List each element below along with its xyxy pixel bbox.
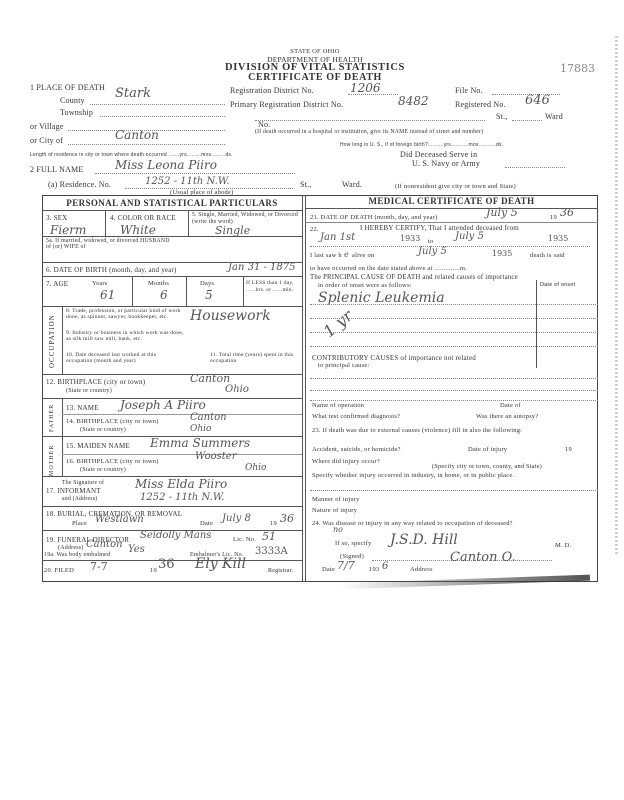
occurred-text: to have occurred on the date stated abov…	[310, 265, 467, 272]
mother-bp-state: Ohio	[245, 463, 266, 473]
burial-place: Westlawn	[95, 514, 144, 525]
num-22: 22.	[310, 226, 319, 233]
father-bp-label: 14. BIRTHPLACE (city or town)	[66, 418, 159, 425]
burial-place-label: Place	[72, 520, 87, 527]
county-value: Stark	[115, 86, 151, 101]
sign-year: 6	[382, 561, 388, 572]
race-label: 4. COLOR OR RACE	[110, 214, 176, 222]
autopsy-label: Was there an autopsy?	[476, 413, 538, 420]
father-side-label: FATHER	[49, 404, 55, 432]
st-label: St.,	[496, 112, 507, 121]
less-than-label: If LESS than 1 day, ......hrs. or ......…	[246, 280, 302, 294]
months-label: Months	[148, 280, 169, 287]
foreign-birth: How long in U. S., if of foreign birth?.…	[340, 142, 503, 148]
filed-label: 20. FILED	[44, 567, 74, 574]
mother-bp-state-label: (State or country)	[80, 467, 126, 473]
where-label: Where did injury occur?	[312, 458, 380, 465]
full-name-value: Miss Leona Piiro	[115, 158, 217, 172]
residence-st-label: St.,	[300, 180, 311, 189]
attended-from-year: 1933	[400, 234, 420, 243]
date-of-onset-label: Date of onset	[540, 282, 575, 288]
address-label: Address	[410, 566, 433, 573]
file-no-label: File No.	[455, 86, 483, 95]
informant-name: Miss Elda Piiro	[135, 477, 227, 491]
registered-no-value: 646	[525, 93, 550, 108]
trade-value: Housework	[190, 308, 271, 324]
physician-signature: J.S.D. Hill	[390, 532, 458, 548]
funeral-address: Canton	[86, 539, 123, 550]
contributory-label: CONTRIBUTORY CAUSES of importance not re…	[312, 354, 476, 362]
personal-section-title: PERSONAL AND STATISTICAL PARTICULARS	[42, 198, 302, 208]
dod-year: 36	[560, 206, 574, 219]
spouse-label: 5a. If married, widowed, or divorced HUS…	[46, 238, 176, 251]
navy-army-label-2: U. S. Navy or Army	[412, 159, 480, 168]
dod-value: July 5	[486, 206, 518, 219]
father-name-label: 13. NAME	[66, 404, 99, 412]
full-name-label: 2 FULL NAME	[30, 165, 83, 174]
last-saw-date: July 5	[418, 246, 447, 257]
burial-date-label: Date	[200, 520, 213, 527]
contributory-label-2: to principal cause:	[318, 362, 369, 369]
certify-text: I HEREBY CERTIFY, That I attended deceas…	[360, 224, 519, 232]
months-value: 6	[160, 288, 168, 302]
filed-year: 36	[158, 557, 175, 572]
informant-address: 1252 - 11th N.W.	[140, 492, 225, 503]
attended-to: July 5	[455, 231, 484, 242]
dod-label: 21. DATE OF DEATH (month, day, and year)	[310, 214, 437, 221]
embalmed-label: 19a. Was body embalmed	[44, 552, 110, 558]
years-value: 61	[100, 288, 115, 302]
operation-label: Name of operation	[312, 402, 364, 409]
certificate-title: CERTIFICATE OF DEATH	[210, 72, 420, 83]
father-bp-city: Canton	[190, 412, 227, 423]
md-label: M. D.	[555, 542, 571, 549]
village-label: or Village	[30, 122, 64, 131]
residence-label: (a) Residence. No.	[48, 180, 111, 189]
birthplace-state-label: (State or country)	[66, 388, 112, 394]
registered-no-label: Registered No.	[455, 100, 506, 109]
embalmer-lic: 3333A	[255, 546, 288, 557]
alive-on-label: alive on	[352, 252, 374, 259]
place-of-death-label: 1 PLACE OF DEATH	[30, 83, 105, 92]
occ-related-value: no	[333, 525, 343, 534]
years-label: Years	[92, 280, 108, 287]
no-label: No.	[258, 120, 270, 129]
reg-district-value: 1206	[350, 81, 381, 95]
days-value: 5	[205, 288, 213, 302]
mother-name: Emma Summers	[150, 436, 250, 450]
residence-value: 1252 - 11th N.W.	[145, 176, 230, 187]
mother-bp-label: 16. BIRTHPLACE (city or town)	[66, 458, 159, 465]
filed-date: 7-7	[90, 560, 108, 573]
manner-label: Manner of injury	[312, 496, 360, 503]
age-label: 7. AGE	[46, 280, 68, 288]
mother-bp-city: Wooster	[195, 451, 237, 462]
township-label: Township	[60, 108, 93, 117]
filed-year-prefix: 19	[150, 567, 157, 574]
registrar-signature: Ely Kill	[195, 556, 246, 572]
attended-to-year: 1935	[548, 234, 568, 243]
funeral-director: Seidolly Mans	[140, 530, 211, 541]
operation-date-label: Date of	[500, 402, 521, 409]
header-state: STATE OF OHIO	[230, 48, 400, 55]
stamp-number: 17883	[560, 62, 595, 75]
burial-date: July 8	[222, 513, 251, 524]
specify-city: (Specify city or town, county, and State…	[432, 463, 542, 470]
reg-district-label: Registration District No.	[230, 86, 314, 95]
lic-label: Lic. No.	[233, 536, 256, 543]
specify-place: Specify whether injury occurred in indus…	[312, 472, 514, 479]
trade-label: 8. Trade, profession, or particular kind…	[66, 308, 184, 321]
birthplace-state: Ohio	[225, 384, 249, 395]
injury-date-label: Date of injury	[468, 446, 507, 453]
to-label: to	[428, 238, 433, 245]
in-order-label: in order of onset were as follows:	[318, 282, 412, 289]
primary-reg-value: 8482	[398, 94, 429, 108]
informant-label-3: and (Address)	[62, 496, 97, 502]
navy-army-label: Did Deceased Serve in	[400, 150, 477, 159]
last-saw-year: 1935	[492, 249, 512, 258]
death-said: death is said	[530, 252, 565, 259]
last-saw-mid: e	[344, 250, 349, 259]
father-bp-state-label: (State or country)	[80, 427, 126, 433]
father-bp-state: Ohio	[190, 424, 211, 434]
city-value: Canton	[115, 128, 159, 142]
residence-ward-label: Ward.	[342, 180, 362, 189]
physician-address: Canton O.	[450, 550, 516, 565]
father-name: Joseph A Piiro	[120, 398, 206, 412]
if-so-label: If so, specify	[335, 540, 372, 547]
informant-label-2: 17. INFORMANT	[46, 487, 101, 495]
last-worked-label: 10. Date deceased last worked at this oc…	[66, 352, 184, 365]
funeral-address-label: (Address)	[58, 545, 83, 551]
injury-year: 19	[565, 446, 572, 453]
accident-label: Accident, suicide, or homicide?	[312, 446, 401, 453]
external-label: 23. If death was due to external causes …	[312, 427, 596, 434]
last-saw-label: I last saw h	[310, 252, 342, 259]
registrar-label: Registrar.	[268, 568, 293, 574]
lic-no: 51	[262, 530, 276, 543]
sign-date: 7/7	[337, 559, 355, 572]
sign-date-label: Date	[322, 566, 335, 573]
principal-cause-label: The PRINCIPAL CAUSE OF DEATH and related…	[310, 274, 518, 281]
nature-label: Nature of injury	[312, 507, 357, 514]
mother-side-label: MOTHER	[49, 445, 55, 476]
medical-section-title: MEDICAL CERTIFICATE OF DEATH	[305, 196, 598, 206]
occupation-side-label: OCCUPATION	[48, 314, 56, 368]
dob-value: Jan 31 - 1875	[228, 262, 296, 273]
dob-label: 6. DATE OF BIRTH (month, day, and year)	[46, 266, 177, 274]
sex-label: 3. SEX	[46, 214, 67, 222]
primary-reg-label: Primary Registration District No.	[230, 100, 343, 109]
embalmed-value: Yes	[128, 544, 145, 555]
burial-year-prefix: 19	[270, 520, 277, 527]
nonresident-note: (If nonresident give city or town and St…	[395, 183, 516, 190]
city-label: or City of	[30, 136, 63, 145]
attended-from: Jan 1st	[320, 232, 355, 243]
scan-edge-artifact	[615, 36, 618, 556]
mother-name-label: 15. MAIDEN NAME	[66, 442, 130, 450]
test-label: What test confirmed diagnosis?	[312, 413, 400, 420]
birthplace-label: 12. BIRTHPLACE (city or town)	[46, 378, 145, 386]
ward-label: Ward	[545, 112, 563, 121]
column-divider	[302, 195, 303, 582]
race-value: White	[120, 223, 156, 237]
sex-value: Fierm	[50, 223, 86, 237]
days-label: Days	[200, 280, 214, 287]
sign-year-prefix: 193	[369, 566, 379, 573]
industry-label: 9. Industry or business in which work wa…	[66, 330, 184, 343]
hospital-note: (If death occurred in a hospital or inst…	[255, 129, 483, 135]
total-time-label: 11. Total time (years) spent in this occ…	[210, 352, 300, 365]
informant-label-1: The Signature of	[62, 480, 104, 486]
dod-year-prefix: 19	[550, 214, 557, 221]
county-label: County	[60, 96, 85, 105]
burial-year: 36	[280, 512, 294, 525]
